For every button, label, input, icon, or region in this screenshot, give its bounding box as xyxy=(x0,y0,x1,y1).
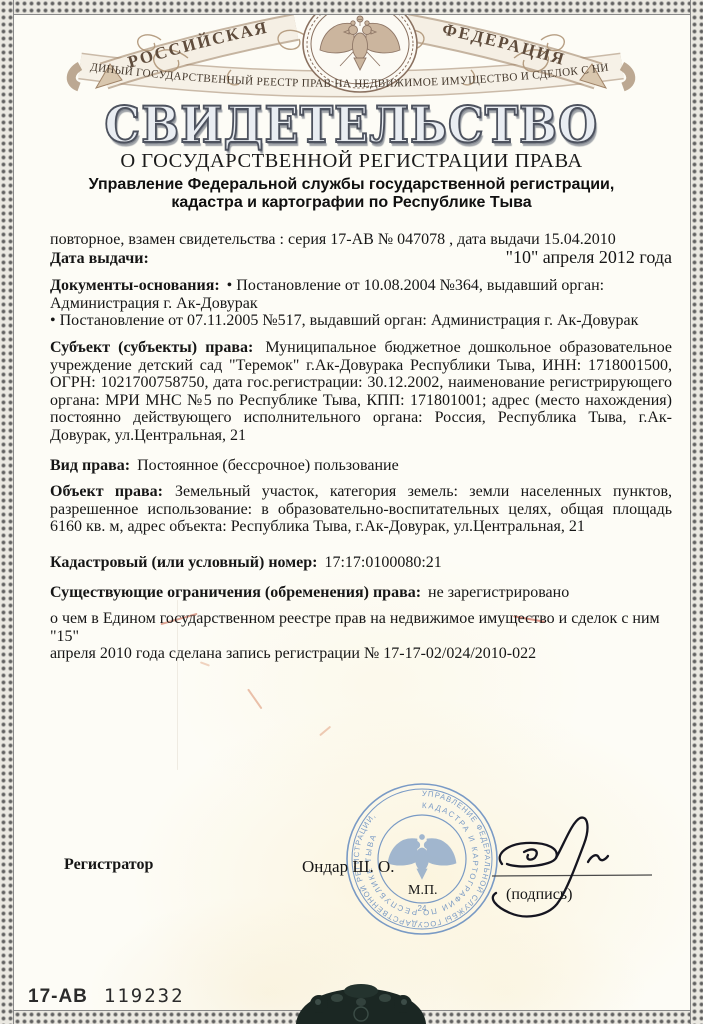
authority-line-2: кадастра и картографии по Республике Тыв… xyxy=(0,194,703,212)
restrictions-label: Существующие ограничения (обременения) п… xyxy=(50,584,421,601)
certificate-subtitle: О ГОСУДАРСТВЕННОЙ РЕГИСТРАЦИИ ПРАВА xyxy=(0,150,703,173)
repeat-note: повторное, взамен свидетельства : серия … xyxy=(50,231,672,249)
certificate-body: повторное, взамен свидетельства : серия … xyxy=(50,231,672,663)
certificate-title: СВИДЕТЕЛЬСТВО xyxy=(0,95,703,154)
border-right xyxy=(690,0,703,1024)
cadastral-label: Кадастровый (или условный) номер: xyxy=(50,554,317,571)
signature-caption: (подпись) xyxy=(506,886,572,904)
issue-date-value: "10" апреля 2012 года xyxy=(506,249,672,267)
blank-series-number: 17-АВ119232 xyxy=(28,985,185,1008)
blank-series: 17-АВ xyxy=(28,986,88,1007)
subject-of-right: Субъект (субъекты) права:Муниципальное б… xyxy=(50,339,672,445)
subject-label: Субъект (субъекты) права: xyxy=(50,339,253,356)
registrar-label: Регистратор xyxy=(64,856,153,874)
cadastral-number-row: Кадастровый (или условный) номер:17:17:0… xyxy=(50,554,672,572)
registrar-name: Ондар Ш. О. xyxy=(302,857,395,877)
seal-eagle-icon xyxy=(388,835,456,880)
restrictions-row: Существующие ограничения (обременения) п… xyxy=(50,584,672,602)
authority-line-1: Управление Федеральной службы государств… xyxy=(0,176,703,194)
border-left xyxy=(0,0,14,1024)
object-label: Объект права: xyxy=(50,483,163,500)
handwritten-signature xyxy=(462,806,657,926)
bottom-crest-ornament xyxy=(288,982,434,1024)
documents-basis-label: Документы-основания: xyxy=(50,277,220,294)
border-top xyxy=(0,0,703,15)
seal-number: 24 xyxy=(418,904,427,913)
object-of-right: Объект права:Земельный участок, категори… xyxy=(50,483,672,536)
registration-record: о чем в Едином государственном реестре п… xyxy=(50,610,672,663)
certificate-page: РОССИЙСКАЯ ФЕДЕРАЦИЯ ЕДИНЫЙ ГОСУДАРСТВЕН… xyxy=(0,0,703,1024)
issue-date-row: Дата выдачи: "10" апреля 2012 года xyxy=(50,249,672,268)
paper-scratch xyxy=(248,688,263,709)
issue-date-label: Дата выдачи: xyxy=(50,250,149,268)
blank-number: 119232 xyxy=(104,985,185,1007)
paper-scratch xyxy=(319,726,331,736)
coat-of-arms-engraving: РОССИЙСКАЯ ФЕДЕРАЦИЯ ЕДИНЫЙ ГОСУДАРСТВЕН… xyxy=(66,0,636,100)
type-of-right: Вид права:Постоянное (бессрочное) пользо… xyxy=(50,457,672,475)
type-of-right-label: Вид права: xyxy=(50,457,130,474)
documents-basis: Документы-основания:• Постановление от 1… xyxy=(50,277,672,330)
seal-mark: М.П. xyxy=(408,883,438,899)
